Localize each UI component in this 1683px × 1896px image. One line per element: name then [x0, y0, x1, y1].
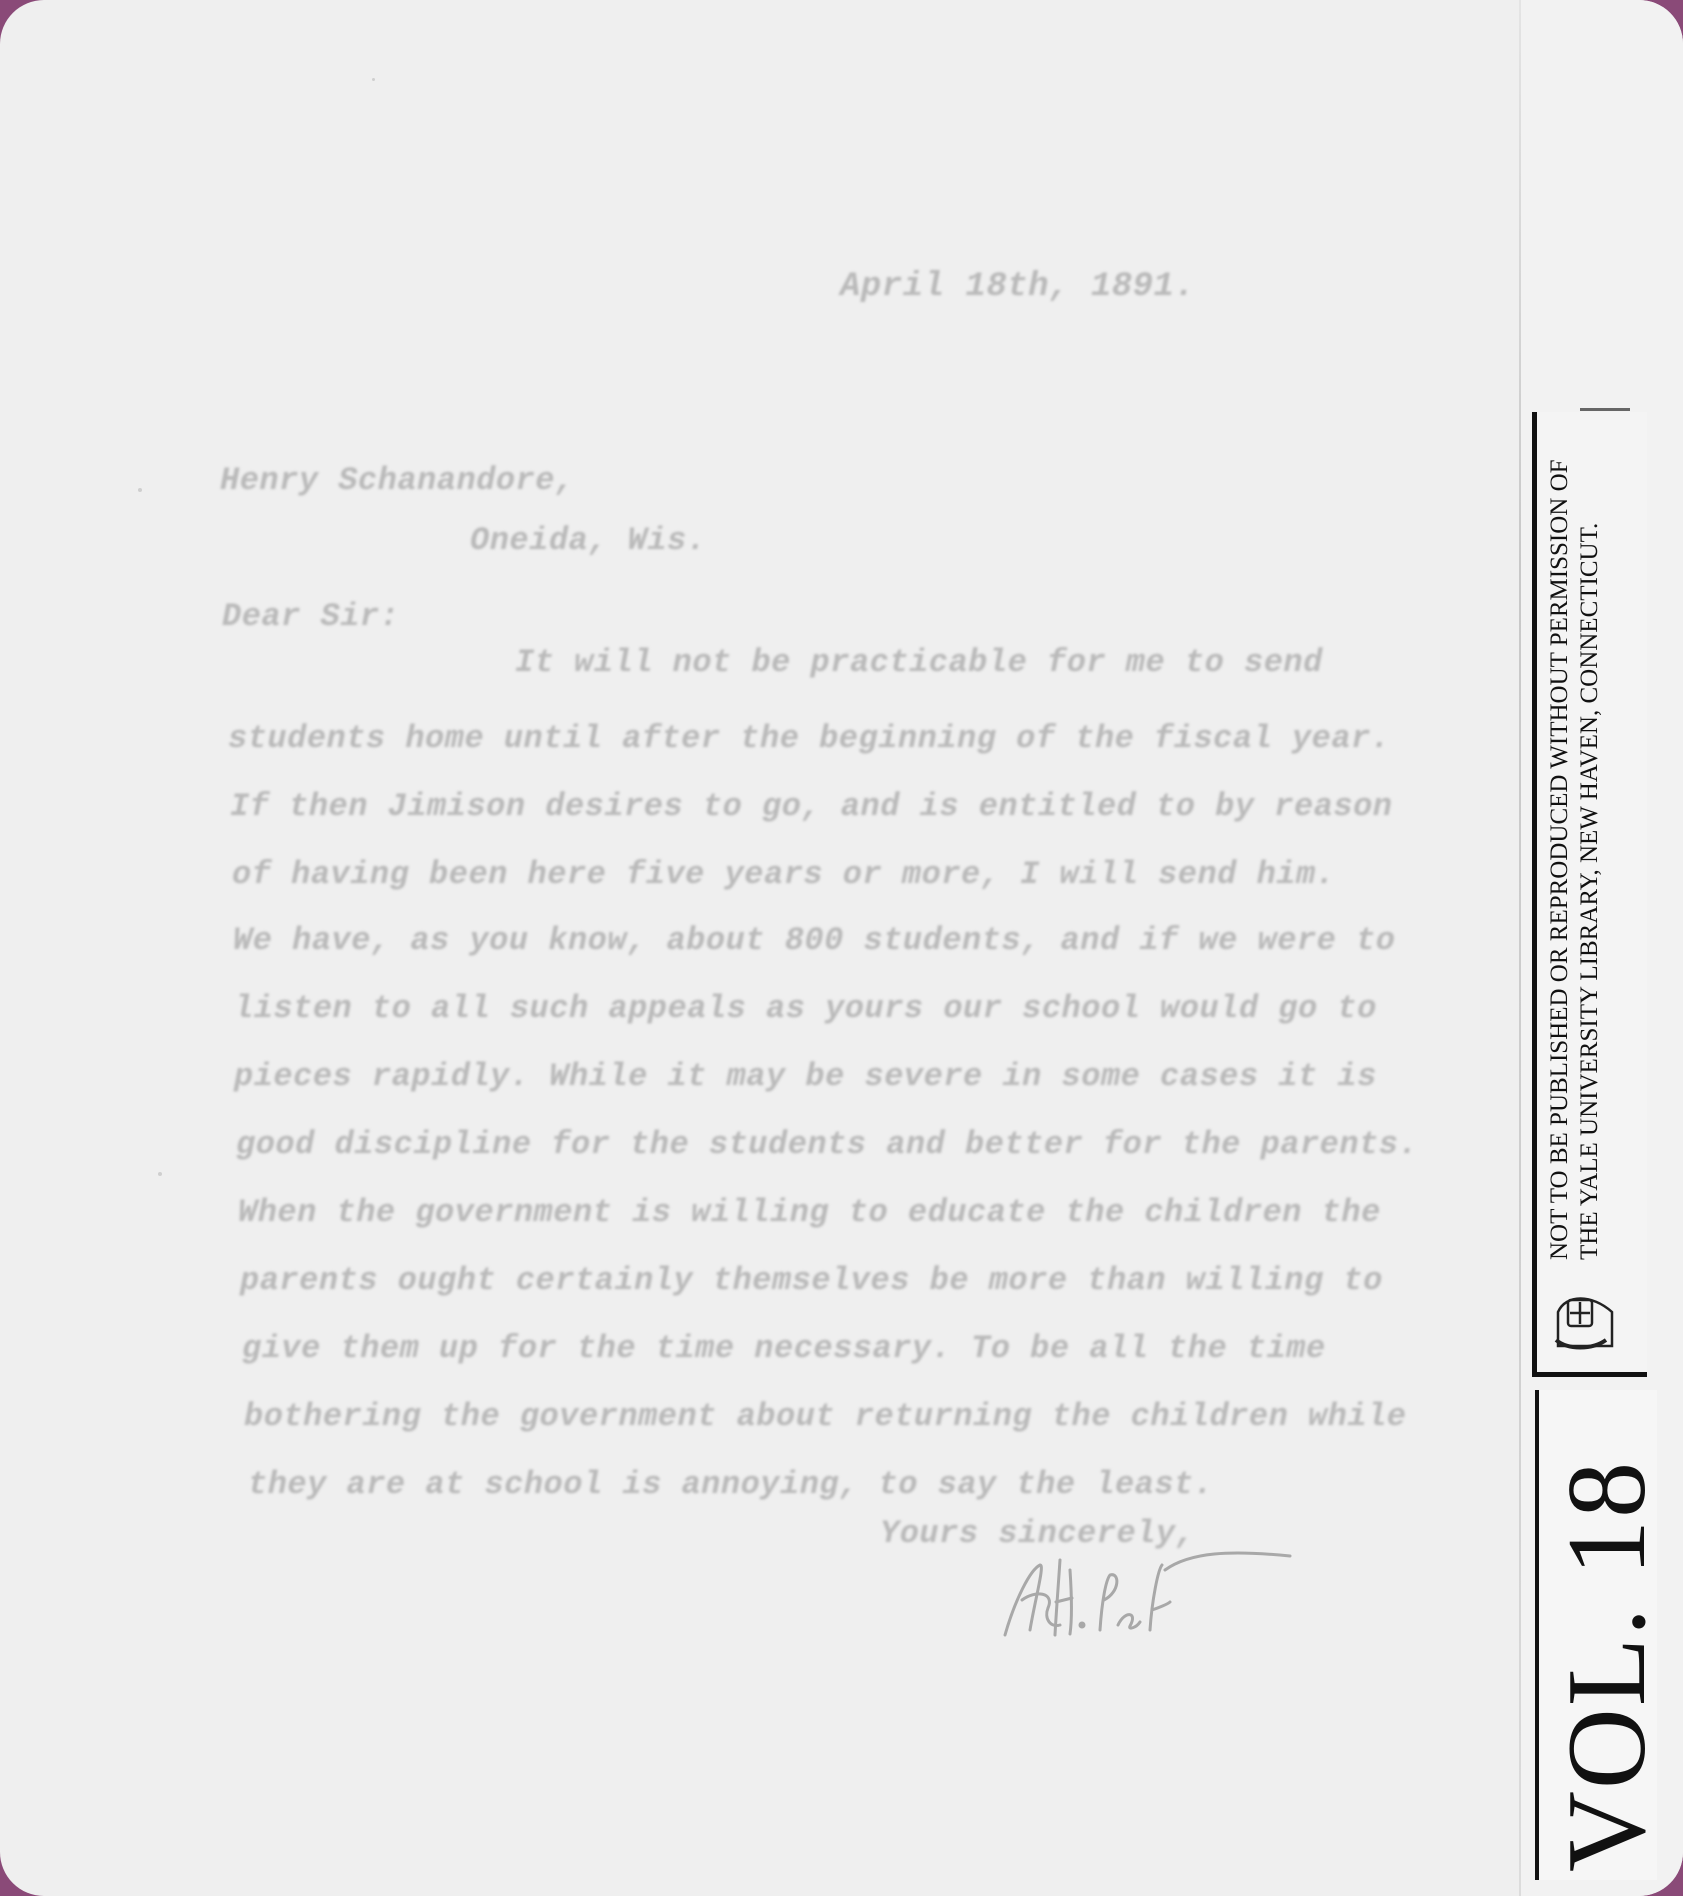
- body-line: When the government is willing to educat…: [238, 1194, 1381, 1231]
- speck: [138, 488, 142, 492]
- addressee-place: Oneida, Wis.: [470, 522, 706, 559]
- body-line: listen to all such appeals as yours our …: [234, 990, 1377, 1027]
- permission-line-1: NOT TO BE PUBLISHED OR REPRODUCED WITHOU…: [1545, 400, 1575, 1260]
- body-line: pieces rapidly. While it may be severe i…: [234, 1058, 1377, 1095]
- body-line: give them up for the time necessary. To …: [242, 1330, 1326, 1367]
- body-line: bothering the government about returning…: [244, 1398, 1406, 1435]
- body-line: If then Jimison desires to go, and is en…: [230, 788, 1392, 825]
- permission-line-2: THE YALE UNIVERSITY LIBRARY, NEW HAVEN, …: [1575, 400, 1605, 1260]
- speck: [158, 1172, 162, 1176]
- archive-permission-text: NOT TO BE PUBLISHED OR REPRODUCED WITHOU…: [1545, 400, 1605, 1260]
- salutation: Dear Sir:: [222, 598, 399, 635]
- addressee-name: Henry Schanandore,: [220, 462, 575, 499]
- body-line: We have, as you know, about 800 students…: [233, 922, 1395, 959]
- body-line: students home until after the beginning …: [228, 720, 1390, 757]
- scanned-letter-page: April 18th, 1891. Henry Schanandore, One…: [0, 0, 1683, 1896]
- letter-date: April 18th, 1891.: [840, 268, 1195, 306]
- body-line: parents ought certainly themselves be mo…: [240, 1262, 1383, 1299]
- speck: [372, 78, 375, 81]
- volume-number: VOL. 18: [1552, 1460, 1662, 1872]
- body-line: It will not be practicable for me to sen…: [515, 644, 1323, 681]
- body-line: of having been here five years or more, …: [232, 856, 1335, 893]
- yale-seal-icon: [1548, 1282, 1618, 1352]
- body-line: good discipline for the students and bet…: [236, 1126, 1418, 1163]
- body-line: they are at school is annoying, to say t…: [248, 1466, 1213, 1503]
- signature-rh-pratt: [1000, 1530, 1300, 1650]
